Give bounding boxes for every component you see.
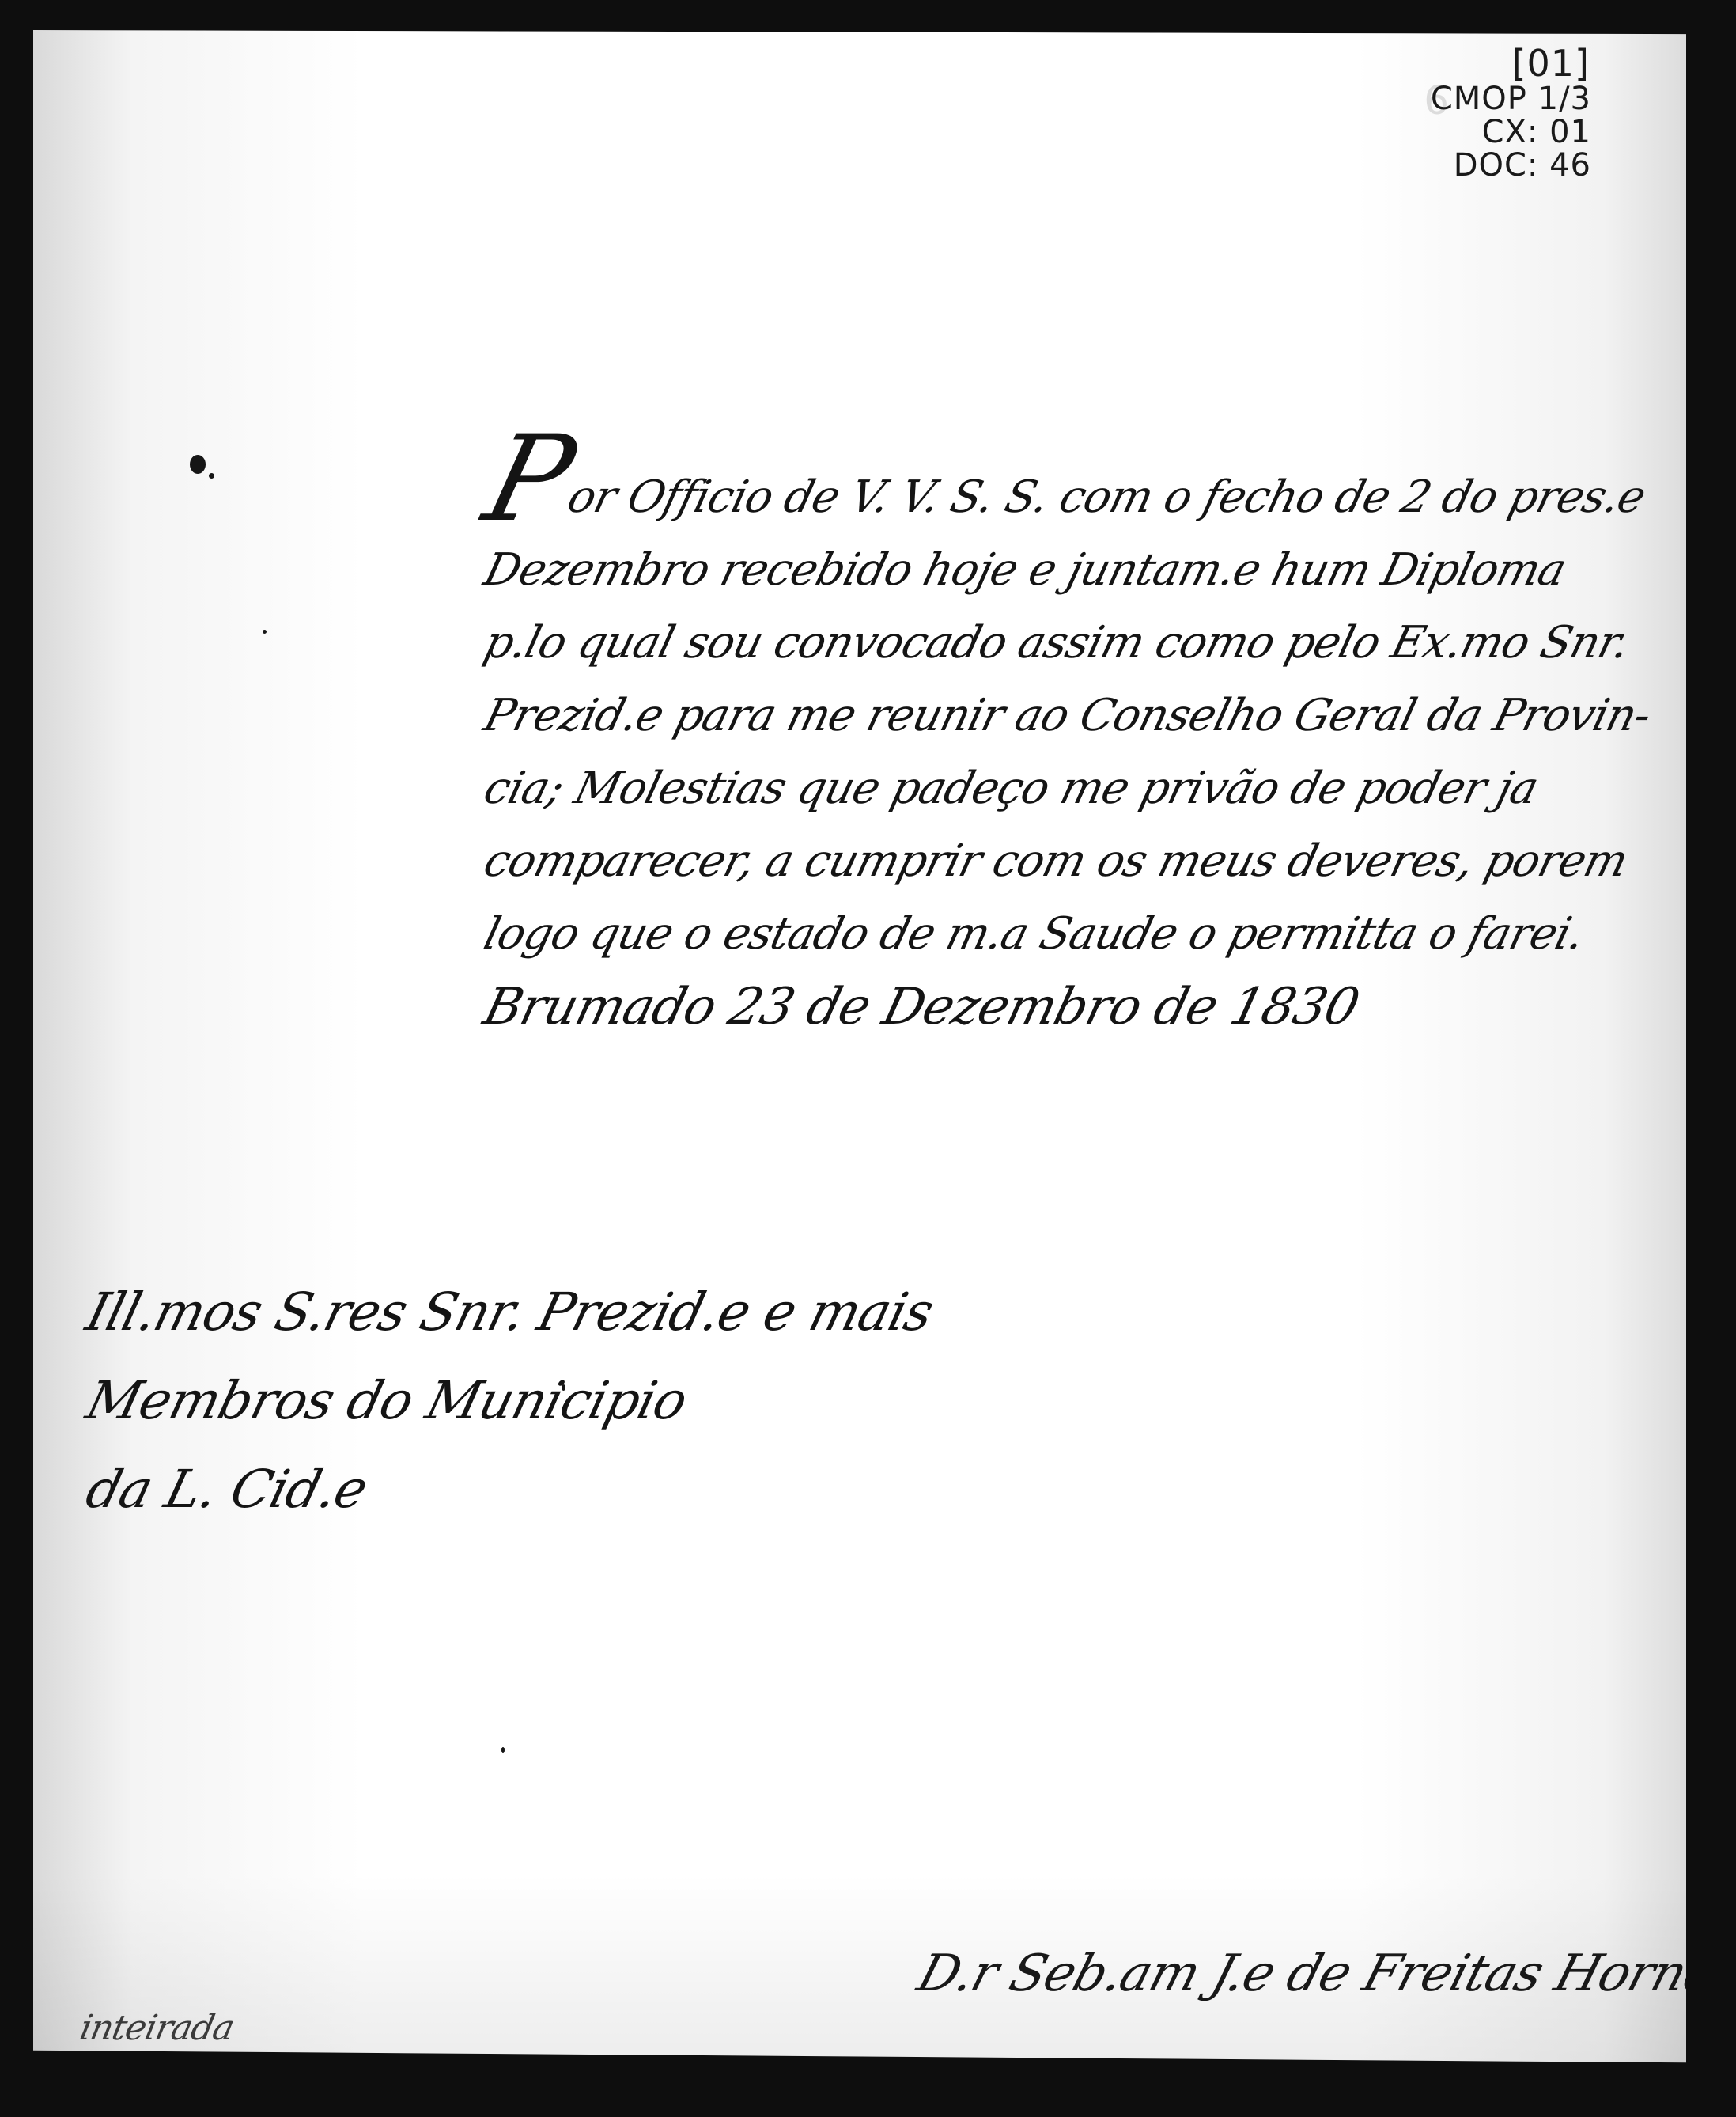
body-line-3: p.lo qual sou convocado assim como pelo … — [476, 607, 1673, 680]
ink-spot — [190, 455, 206, 474]
ink-spot — [263, 630, 267, 634]
addressee-line-1: Ill.mos S.res Snr. Prezid.e e mais — [77, 1268, 811, 1357]
body-line-7: logo que o estado de m.a Saude o permitt… — [476, 898, 1673, 971]
addressee-block: Ill.mos S.res Snr. Prezid.e e mais Membr… — [77, 1268, 789, 1534]
ink-spot — [501, 1747, 505, 1753]
body-line-1: Por Officio de V. V. S. S. com o fecho d… — [476, 461, 1673, 534]
manuscript-page: 6 [01] CMOP 1/3 CX: 01 DOC: 46 Por Offic… — [33, 30, 1686, 2079]
place-and-date: Brumado 23 de Dezembro de 1830 — [476, 971, 1673, 1043]
body-line-5: cia; Molestias que padeço me privão de p… — [476, 752, 1673, 825]
document-number: DOC: 46 — [1401, 149, 1591, 182]
folio-number: [01] — [1401, 44, 1590, 82]
archive-reference-stamp: [01] CMOP 1/3 CX: 01 DOC: 46 — [1401, 44, 1591, 182]
body-line-1-text: or Officio de V. V. S. S. com o fecho de… — [562, 471, 1650, 523]
marginal-note: inteirada — [77, 2008, 238, 2048]
drop-cap-initial: P — [473, 411, 586, 548]
ink-spot — [209, 473, 214, 479]
body-line-4: Prezid.e para me reunir ao Conselho Gera… — [476, 680, 1673, 752]
addressee-line-2: Membros do Municipio — [77, 1357, 811, 1445]
body-line-6: comparecer, a cumprir com os meus devere… — [476, 825, 1673, 898]
addressee-line-3: da L. Cid.e — [77, 1445, 811, 1534]
collection-code: CMOP 1/3 — [1401, 82, 1591, 116]
signature: D.r Seb.am J.e de Freitas Horne — [911, 1945, 1736, 2003]
letter-body: Por Officio de V. V. S. S. com o fecho d… — [476, 461, 1655, 1043]
box-number: CX: 01 — [1401, 116, 1591, 149]
body-line-2: Dezembro recebido hoje e juntam.e hum Di… — [476, 534, 1673, 607]
